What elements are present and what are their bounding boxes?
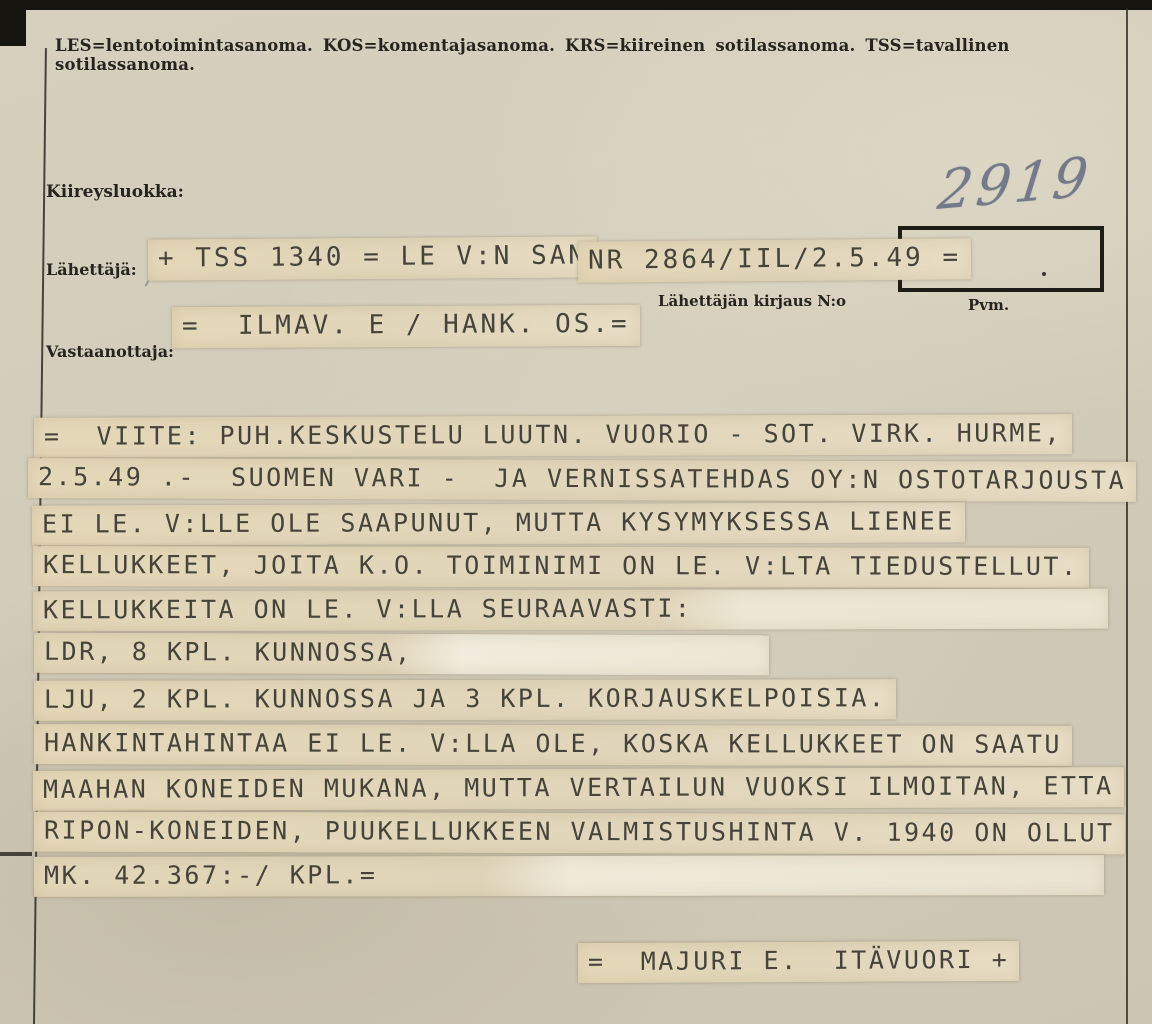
telegram-line: LDR, 8 KPL. KUNNOSSA, bbox=[34, 633, 769, 675]
telegram-line: MK. 42.367:-/ KPL.= bbox=[34, 855, 1104, 896]
sender-strip-2: NR 2864/IIL/2.5.49 = bbox=[578, 238, 971, 282]
telegram-line: HANKINTAHINTAA EI LE. V:LLA OLE, KOSKA K… bbox=[34, 724, 1072, 765]
recipient-strip: = ILMAV. E / HANK. OS.= bbox=[172, 305, 640, 348]
telegram-line: 2.5.49 .- SUOMEN VARI - JA VERNISSATEHDA… bbox=[28, 458, 1136, 501]
telegram-line: KELLUKKEITA ON LE. V:LLA SEURAAVASTI: bbox=[33, 589, 1108, 631]
telegram-line: MAAHAN KONEIDEN MUKANA, MUTTA VERTAILUN … bbox=[33, 767, 1124, 810]
telegram-line: EI LE. V:LLE OLE SAAPUNUT, MUTTA KYSYMYK… bbox=[32, 502, 965, 545]
telegram-line: RIPON-KONEIDEN, PUUKELLUKKEEN VALMISTUSH… bbox=[34, 812, 1125, 854]
ink-dot bbox=[1042, 272, 1046, 276]
sender-strip-1: + TSS 1340 = LE V:N SAN bbox=[148, 236, 597, 280]
form-right-rule bbox=[1126, 8, 1128, 1024]
message-type-legend: LES=lentotoimintasanoma. KOS=komentajasa… bbox=[55, 36, 1152, 74]
handwritten-registration-number: 2919 bbox=[926, 144, 1103, 223]
signature-strip: = MAJURI E. ITÄVUORI + bbox=[578, 941, 1019, 983]
sender-entry-number-label: Lähettäjän kirjaus N:o bbox=[658, 292, 846, 310]
date-label: Pvm. bbox=[968, 296, 1009, 314]
margin-tick-mark bbox=[0, 852, 32, 856]
telegram-line: LJU, 2 KPL. KUNNOSSA JA 3 KPL. KORJAUSKE… bbox=[34, 679, 897, 720]
telegram-line: = VIITE: PUH.KESKUSTELU LUUTN. VUORIO - … bbox=[34, 414, 1072, 457]
scan-top-edge bbox=[0, 0, 1152, 10]
recipient-label: Vastaanottaja: bbox=[46, 342, 174, 361]
sender-label: Lähettäjä: bbox=[46, 260, 137, 279]
telegram-form-page: LES=lentotoimintasanoma. KOS=komentajasa… bbox=[0, 0, 1152, 1024]
priority-class-label: Kiireysluokka: bbox=[46, 182, 184, 202]
telegram-line: KELLUKKEET, JOITA K.O. TOIMINIMI ON LE. … bbox=[33, 546, 1089, 587]
scan-corner-artifact bbox=[0, 0, 26, 46]
